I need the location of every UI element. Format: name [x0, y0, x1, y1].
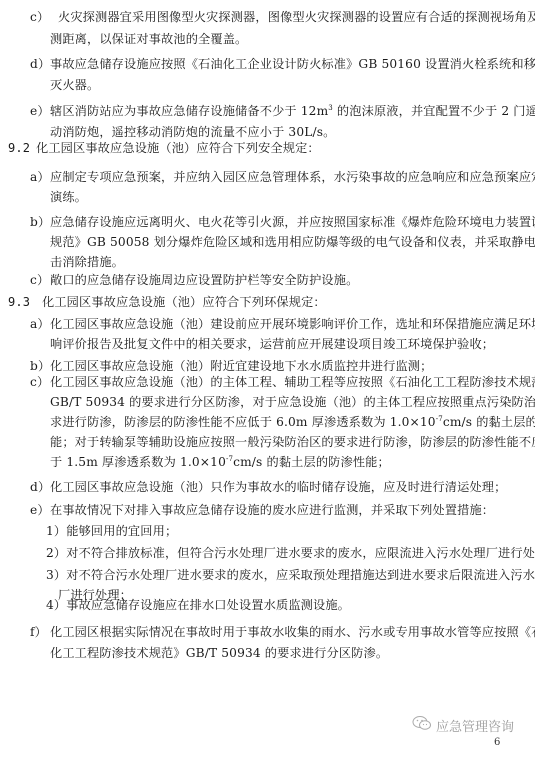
- item-text: 于 1.5m 厚渗透系数为 1.0×10-7cm/s 的黏土层的防渗性能；: [50, 455, 390, 469]
- item-text: 规范》GB 50058 划分爆炸危险区域和选用相应防爆等级的电气设备和仪表，并采…: [50, 235, 535, 249]
- item-label: c）: [30, 10, 49, 24]
- item-text: 化工园区根据实际情况在事故时用于事故水收集的雨水、污水或专用事故水管等应按照《石…: [50, 625, 535, 639]
- item-text: 击消除措施。: [50, 255, 124, 269]
- wechat-icon: [412, 715, 432, 735]
- watermark: 应急管理咨询: [412, 715, 514, 735]
- sub-item-text: 4）事故应急储存设施应在排水口处设置水质监测设施。: [46, 598, 350, 612]
- item-text: 动消防炮，遥控移动消防炮的流量不应小于 30L/s。: [50, 125, 336, 139]
- sub-item-text: 3）对不符合污水处理厂进水要求的废水，应采取预处理措施达到进水要求后限流进入污水…: [46, 568, 535, 582]
- item-text: 灭火器。: [50, 78, 99, 92]
- text-run: 求进行防渗，防渗层的防渗性能不应低于 6.0m 厚渗透系数为 1.0×10: [50, 415, 436, 429]
- text-run: cm/s 的黏土层的防渗性: [443, 415, 535, 429]
- item-text: 化工园区事故应急设施（池）附近宜建设地下水水质监控井进行监测；: [50, 359, 432, 373]
- section-title: 化工园区事故应急设施（池）应符合下列环保规定：: [42, 295, 326, 309]
- item-text: 测距离，以保证对事故池的全覆盖。: [50, 32, 247, 46]
- item-label: e）: [30, 104, 50, 118]
- text-run: 辖区消防站应为事故应急储存设施储备不少于 12m: [50, 104, 328, 118]
- superscript: -7: [436, 415, 443, 423]
- page-number: 6: [494, 737, 500, 748]
- item-text: 辖区消防站应为事故应急储存设施储备不少于 12m3 的泡沫原液，并宜配置不少于 …: [50, 104, 535, 118]
- item-label: b）: [30, 359, 50, 373]
- section-number: 9.2: [8, 141, 30, 155]
- section-title: 化工园区事故应急设施（池）应符合下列安全规定：: [36, 141, 320, 155]
- item-text: 化工园区事故应急设施（池）建设前应开展环境影响评价工作，选址和环保措施应满足环境…: [50, 317, 535, 331]
- item-label: a）: [30, 317, 50, 331]
- item-text: 演练。: [50, 190, 87, 204]
- text-run: cm/s 的黏土层的防渗性能；: [233, 455, 390, 469]
- item-text: 化工园区事故应急设施（池）的主体工程、辅助工程等应按照《石油化工工程防渗技术规范…: [50, 375, 535, 389]
- item-text: GB/T 50934 的要求进行分区防渗，对于应急设施（池）的主体工程应按照重点…: [50, 395, 535, 409]
- text-run: 于 1.5m 厚渗透系数为 1.0×10: [50, 455, 226, 469]
- item-text: 化工工程防渗技术规范》GB/T 50934 的要求进行分区防渗。: [50, 646, 388, 660]
- item-label: c）: [30, 273, 49, 287]
- item-text: 应制定专项应急预案，并应纳入园区应急管理体系，水污染事故的应急响应和应急预案应定…: [50, 170, 535, 184]
- item-label: d）: [30, 480, 50, 494]
- item-label: d）: [30, 57, 50, 71]
- item-text: 在事故情况下对排入事故应急储存设施的废水应进行监测，并采取下列处置措施：: [50, 503, 494, 517]
- item-text: 火灾探测器宜采用图像型火灾探测器，图像型火灾探测器的设置应有合适的探测视场角及探: [58, 10, 535, 24]
- sub-item-text: 1）能够回用的宜回用；: [46, 524, 177, 538]
- item-text: 敞口的应急储存设施周边应设置防护栏等安全防护设施。: [50, 273, 358, 287]
- item-label: e）: [30, 503, 50, 517]
- item-text: 化工园区事故应急设施（池）只作为事故水的临时储存设施，应及时进行清运处理；: [50, 480, 507, 494]
- item-label: a）: [30, 170, 50, 184]
- item-text: 应急储存设施应远离明火、电火花等引火源，并应按照国家标准《爆炸危险环境电力装置设…: [50, 215, 535, 229]
- item-label: b）: [30, 215, 50, 229]
- watermark-text: 应急管理咨询: [436, 716, 514, 735]
- item-text: 能；对于转输泵等辅助设施应按照一般污染防治区的要求进行防渗，防渗层的防渗性能不应…: [50, 435, 535, 449]
- item-text: 求进行防渗，防渗层的防渗性能不应低于 6.0m 厚渗透系数为 1.0×10-7c…: [50, 415, 535, 429]
- item-label: f）: [30, 625, 47, 639]
- item-text: 响评价报告及批复文件中的相关要求，运营前应开展建设项目竣工环境保护验收；: [50, 337, 494, 351]
- item-text: 事故应急储存设施应按照《石油化工企业设计防火标准》GB 50160 设置消火栓系…: [50, 57, 535, 71]
- section-number: 9.3: [8, 295, 30, 309]
- sub-item-text: 2）对不符合排放标准，但符合污水处理厂进水要求的废水，应限流进入污水处理厂进行处…: [46, 546, 535, 560]
- text-run: 的泡沫原液，并宜配置不少于 2 门遥控移: [333, 104, 535, 118]
- item-label: c）: [30, 375, 49, 389]
